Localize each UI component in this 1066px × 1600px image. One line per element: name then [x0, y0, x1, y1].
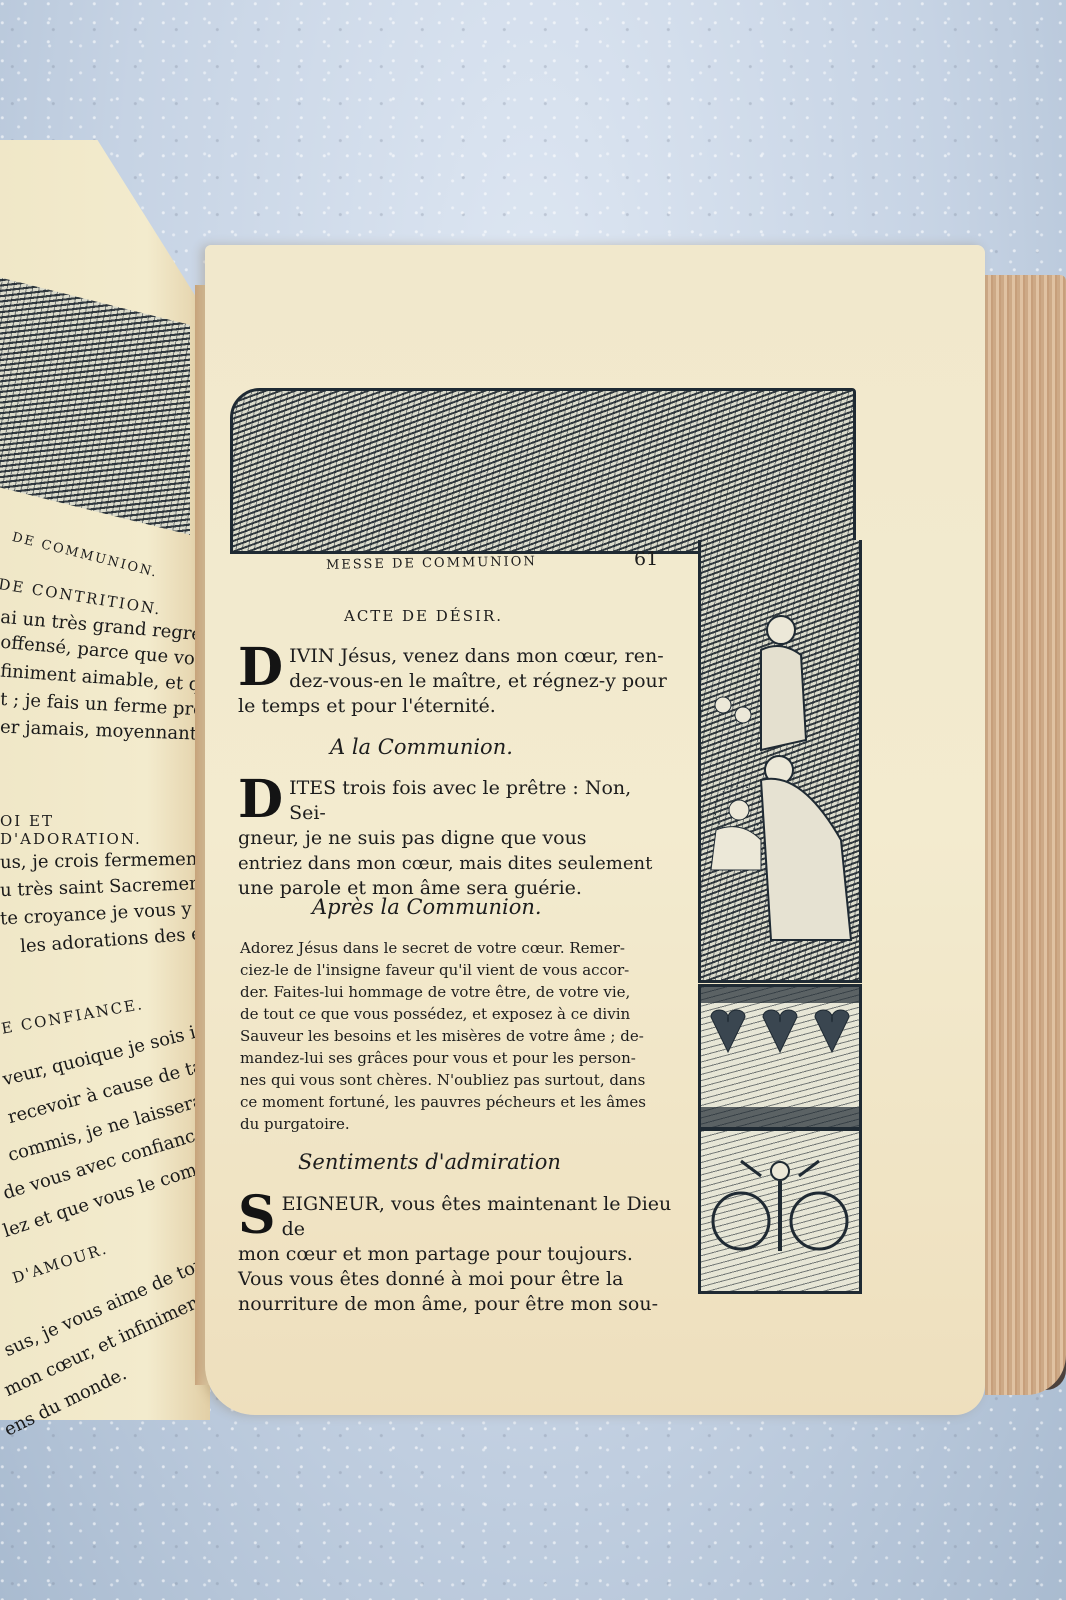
- communion-paragraph: D ITES trois fois avec le prêtre : Non, …: [238, 776, 668, 901]
- communion-heading: A la Communion.: [330, 735, 513, 759]
- cherub-scroll-ornament: [698, 1128, 862, 1294]
- nativity-figures-icon: [701, 540, 859, 980]
- dropcap-s: S: [238, 1194, 276, 1238]
- dropcap-d-2: D: [238, 778, 283, 822]
- gothic-heart-ornament: [698, 984, 862, 1130]
- thatched-roof-engraving: [230, 388, 856, 554]
- page-number: 61: [634, 548, 658, 570]
- acte-de-desir-title: ACTE DE DÉSIR.: [344, 607, 503, 625]
- apres-communion-heading: Après la Communion.: [312, 895, 542, 919]
- heart-pattern-icon: [701, 987, 859, 1127]
- nativity-scene-engraving: [698, 540, 862, 983]
- dropcap-d: D: [238, 646, 283, 690]
- admiration-heading: Sentiments d'admiration: [298, 1150, 561, 1174]
- admiration-paragraph: S EIGNEUR, vous êtes maintenant le Dieu …: [238, 1192, 678, 1317]
- page-block-edge: [985, 275, 1066, 1395]
- apres-communion-paragraph: Adorez Jésus dans le secret de votre cœu…: [240, 937, 670, 1135]
- acte-de-desir-paragraph: D IVIN Jésus, venez dans mon cœur, ren- …: [238, 644, 668, 719]
- cherub-icon: [701, 1131, 859, 1291]
